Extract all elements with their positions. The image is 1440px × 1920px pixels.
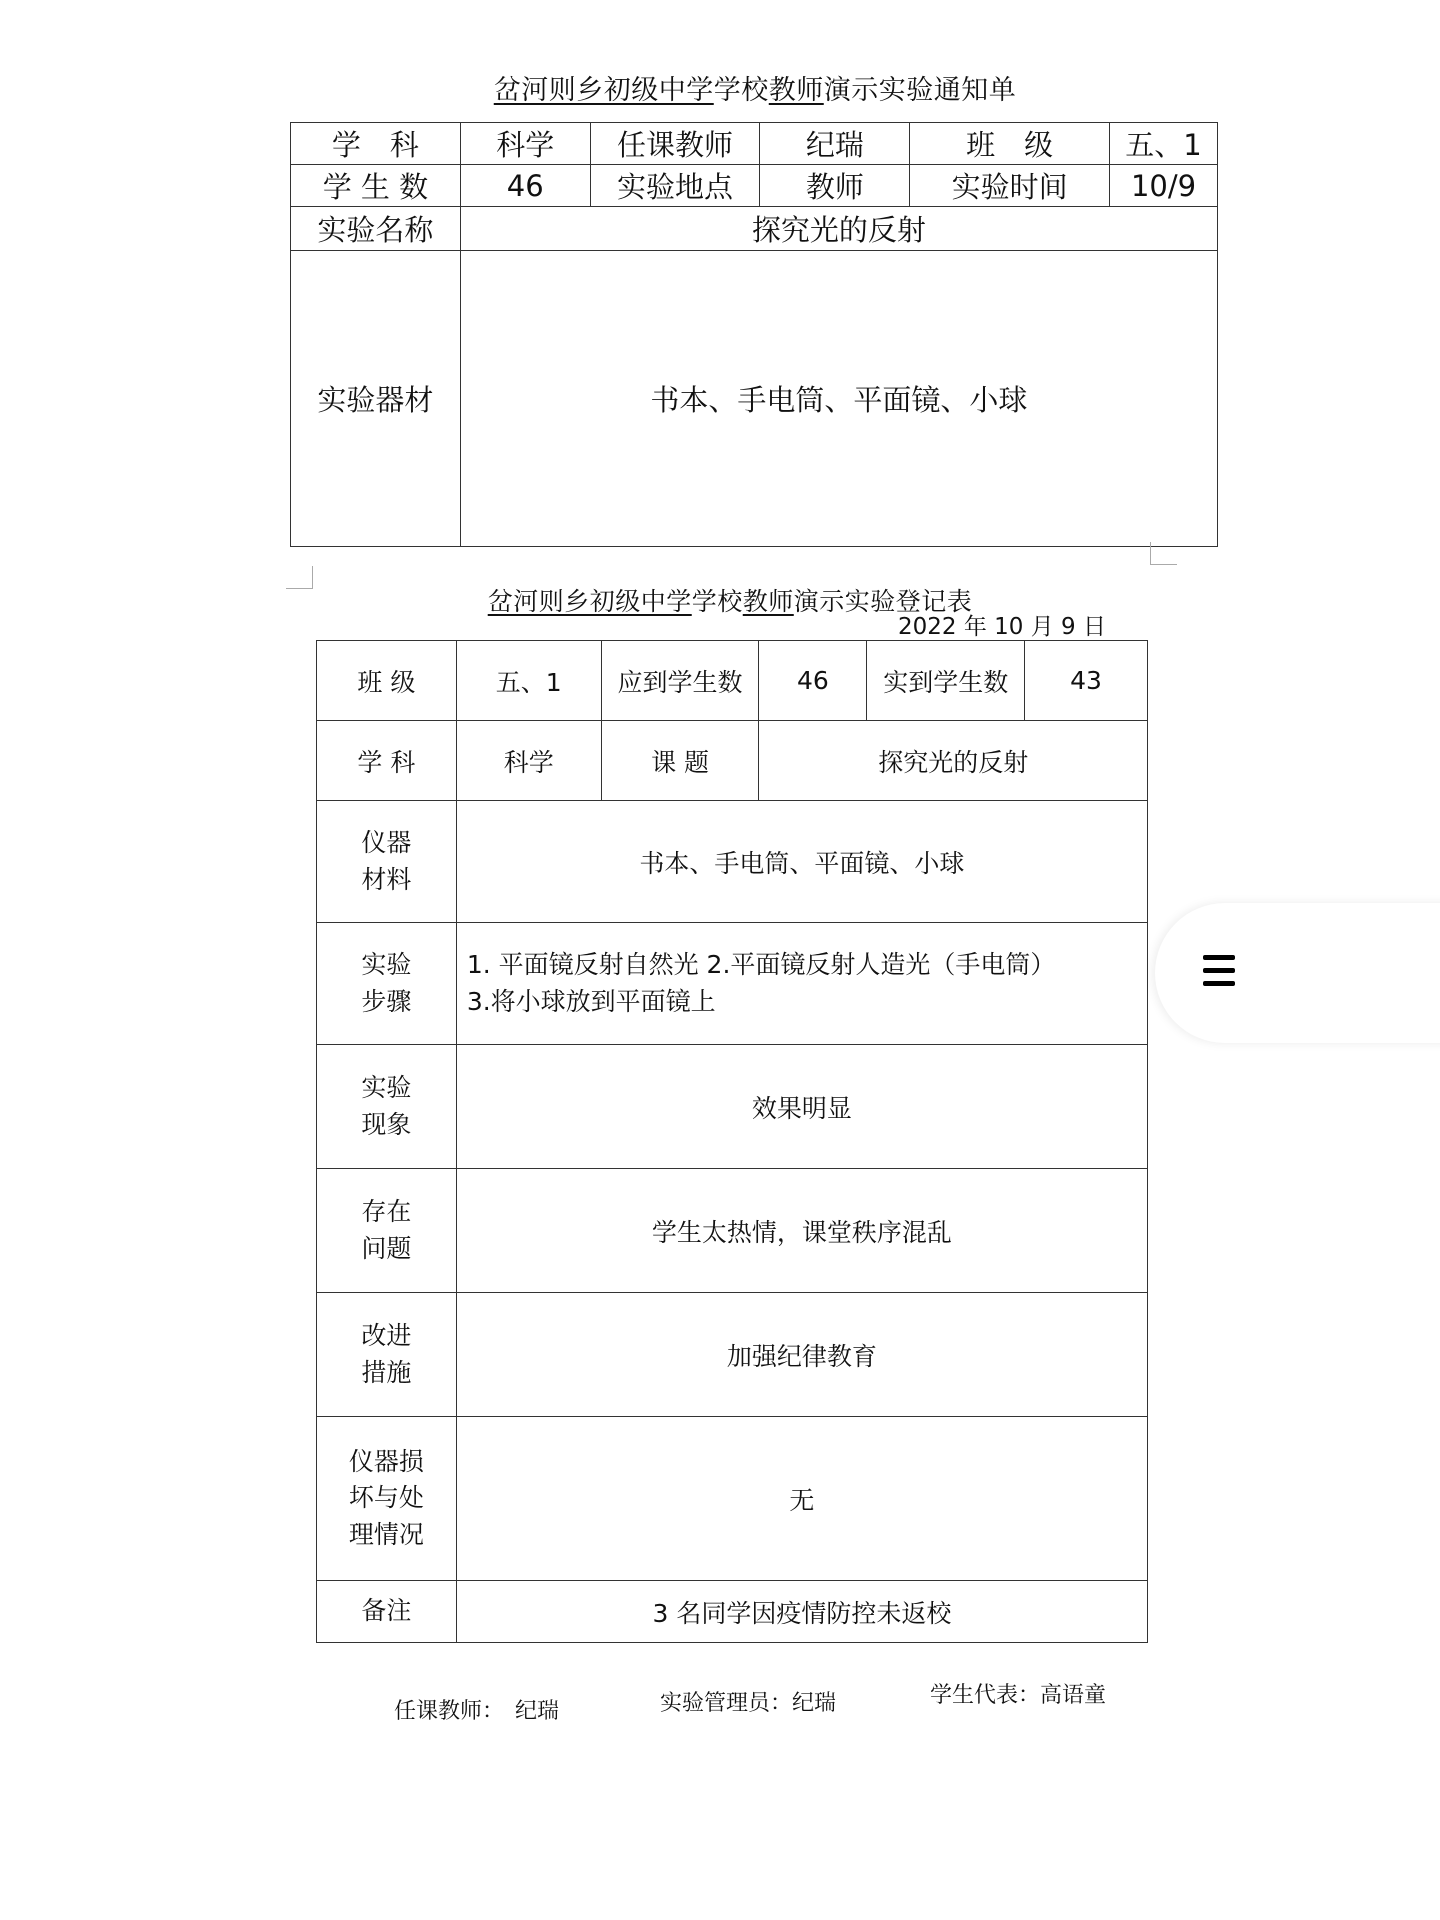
- students-label: 学 生 数: [291, 165, 461, 207]
- location-label: 实验地点: [590, 165, 760, 207]
- topic-value: 探究光的反射: [759, 721, 1148, 801]
- name-label: 实验名称: [291, 207, 461, 251]
- register-date: 2022 年 10 月 9 日: [898, 608, 1106, 641]
- class-label: 班 级: [910, 123, 1110, 165]
- class-value: 五、1: [456, 641, 601, 721]
- steps-value: 1. 平面镜反射自然光 2.平面镜反射人造光（手电筒） 3.将小球放到平面镜上: [456, 923, 1147, 1045]
- class-label: 班 级: [317, 641, 457, 721]
- teacher-label: 任课教师: [590, 123, 760, 165]
- floating-menu-button[interactable]: [1155, 903, 1440, 1043]
- time-label: 实验时间: [910, 165, 1110, 207]
- signature-teacher: 任课教师： 纪瑞: [394, 1694, 559, 1725]
- problems-value: 学生太热情，课堂秩序混乱: [456, 1169, 1147, 1293]
- improvements-value: 加强纪律教育: [456, 1293, 1147, 1417]
- remarks-label: 备注: [317, 1581, 457, 1643]
- school-name: 岔河则乡初级中学: [494, 75, 714, 106]
- damage-value: 无: [456, 1417, 1147, 1581]
- signature-admin: 实验管理员：纪瑞: [660, 1686, 836, 1717]
- page-corner-mark: [1150, 542, 1177, 565]
- subject-value: 科学: [460, 123, 590, 165]
- problems-label: 存在 问题: [317, 1169, 457, 1293]
- actual-label: 实到学生数: [867, 641, 1025, 721]
- equipment-label: 实验器材: [291, 251, 461, 547]
- title-part: 学校: [692, 587, 743, 616]
- title-part: 教师: [743, 587, 794, 616]
- expected-label: 应到学生数: [601, 641, 759, 721]
- title-part: 演示实验通知单: [824, 75, 1017, 106]
- signature-student-rep: 学生代表：高语童: [930, 1678, 1106, 1709]
- remarks-value: 3 名同学因疫情防控未返校: [456, 1581, 1147, 1643]
- teacher-value: 纪瑞: [760, 123, 910, 165]
- location-value: 教师: [760, 165, 910, 207]
- steps-label: 实验 步骤: [317, 923, 457, 1045]
- expected-value: 46: [759, 641, 867, 721]
- title-part: 学校: [714, 75, 769, 106]
- students-value: 46: [460, 165, 590, 207]
- register-table: 班 级 五、1 应到学生数 46 实到学生数 43 学 科 科学 课 题 探究光…: [316, 640, 1148, 1643]
- equipment-value: 书本、手电筒、平面镜、小球: [460, 251, 1217, 547]
- phenomenon-label: 实验 现象: [317, 1045, 457, 1169]
- notice-title: 岔河则乡初级中学学校教师演示实验通知单: [290, 68, 1220, 107]
- notice-table: 学 科 科学 任课教师 纪瑞 班 级 五、1 学 生 数 46 实验地点 教师 …: [290, 122, 1218, 547]
- class-value: 五、1: [1110, 123, 1218, 165]
- school-name: 岔河则乡初级中学: [488, 587, 692, 616]
- topic-label: 课 题: [601, 721, 759, 801]
- damage-label: 仪器损 坏与处 理情况: [317, 1417, 457, 1581]
- actual-value: 43: [1025, 641, 1148, 721]
- materials-value: 书本、手电筒、平面镜、小球: [456, 801, 1147, 923]
- time-value: 10/9: [1110, 165, 1218, 207]
- hamburger-menu-icon: [1203, 955, 1235, 994]
- improvements-label: 改进 措施: [317, 1293, 457, 1417]
- title-part: 教师: [769, 75, 824, 106]
- phenomenon-value: 效果明显: [456, 1045, 1147, 1169]
- materials-label: 仪器 材料: [317, 801, 457, 923]
- subject-value: 科学: [456, 721, 601, 801]
- subject-label: 学 科: [317, 721, 457, 801]
- subject-label: 学 科: [291, 123, 461, 165]
- name-value: 探究光的反射: [460, 207, 1217, 251]
